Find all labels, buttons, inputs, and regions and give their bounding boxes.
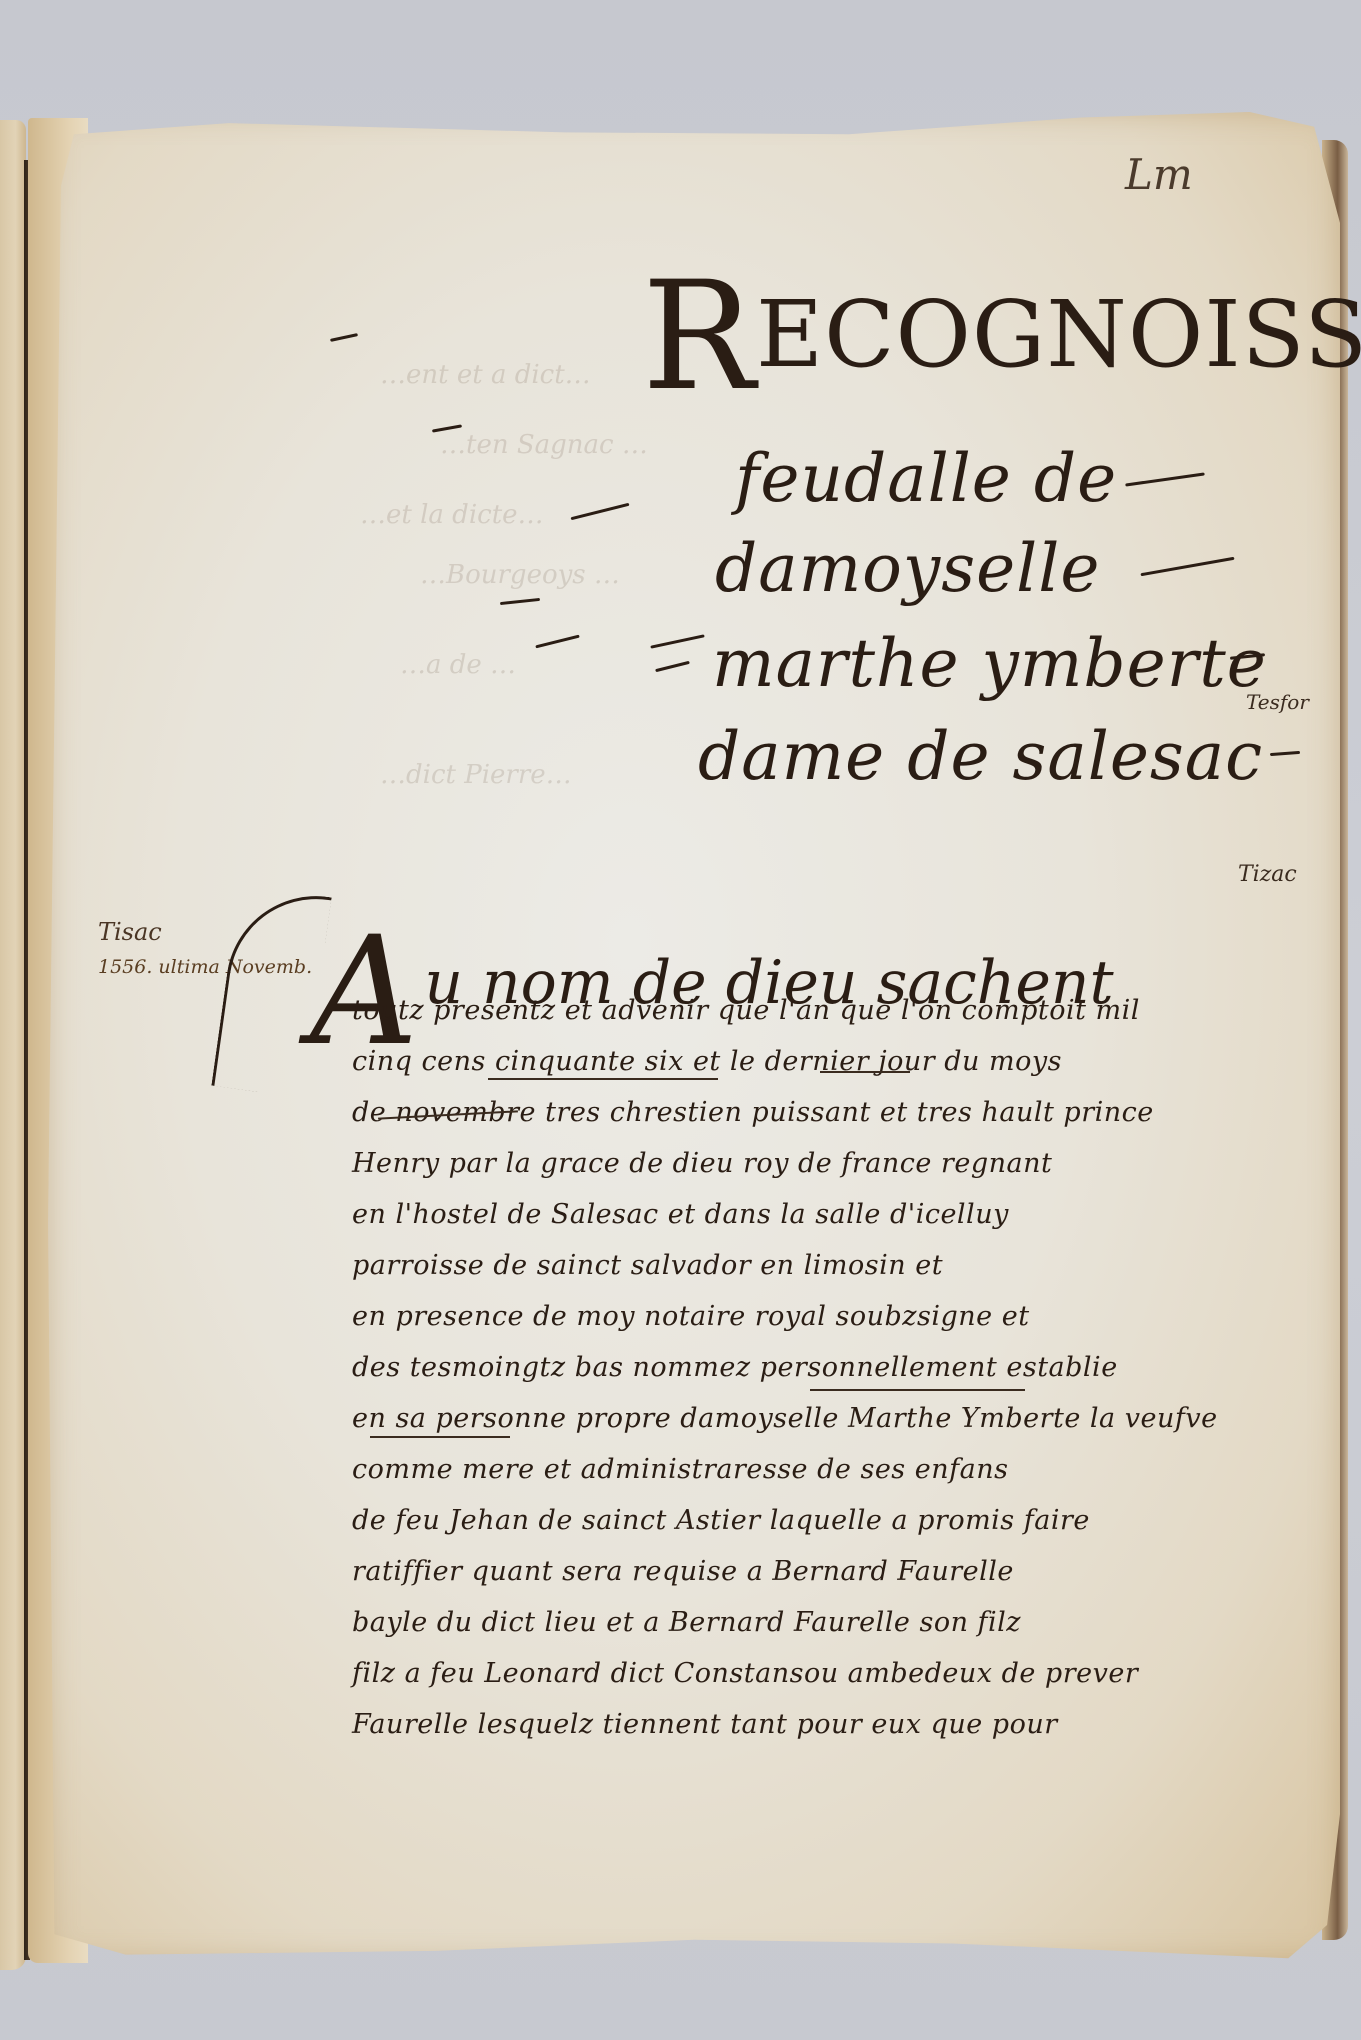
title-line-3: damoyselle <box>715 530 1100 607</box>
body-line: cinq cens cinquante six et le dernier jo… <box>352 1046 1062 1077</box>
body-line: bayle du dict lieu et a Bernard Faurelle… <box>352 1607 1021 1638</box>
body-line: comme mere et administraresse de ses enf… <box>352 1454 1008 1485</box>
body-line: toutz presentz et advenir que l'an que l… <box>352 995 1140 1026</box>
text-underline <box>820 1071 910 1073</box>
bleed-through-text: …et la dicte… <box>360 500 544 530</box>
body-line: parroisse de sainct salvador en limosin … <box>352 1250 943 1281</box>
margin-note-place: Tisac <box>98 918 162 946</box>
margin-note-right: Tizac <box>1238 862 1297 887</box>
bleed-through-text: …dict Pierre… <box>380 760 572 790</box>
body-line: filz a feu Leonard dict Constansou ambed… <box>352 1658 1138 1689</box>
previous-leaf-edge <box>0 120 26 1970</box>
body-line: de feu Jehan de sainct Astier laquelle a… <box>352 1505 1090 1536</box>
text-underline <box>810 1389 1025 1391</box>
body-line: Faurelle lesquelz tiennent tant pour eux… <box>352 1709 1058 1740</box>
bleed-through-text: …ten Sagnac … <box>440 430 648 460</box>
text-underline <box>370 1436 510 1438</box>
body-line: en l'hostel de Salesac et dans la salle … <box>352 1199 1009 1230</box>
margin-note-right: Tesfor <box>1246 690 1309 714</box>
bleed-through-text: …ent et a dict… <box>380 360 591 390</box>
body-line: Henry par la grace de dieu roy de france… <box>352 1148 1052 1179</box>
title-rest: ECOGNOISSANCE <box>756 281 1361 388</box>
body-line: ratiffier quant sera requise a Bernard F… <box>352 1556 1014 1587</box>
title-line-1: RECOGNOISSANCE <box>642 250 1361 424</box>
title-line-4: marthe ymberte <box>712 625 1267 702</box>
bleed-through-text: …Bourgeoys … <box>420 560 620 590</box>
title-initial: R <box>642 250 756 424</box>
title-line-2: feudalle de <box>735 440 1117 517</box>
body-line: en sa personne propre damoyselle Marthe … <box>352 1403 1218 1434</box>
body-line: en presence de moy notaire royal soubzsi… <box>352 1301 1030 1332</box>
title-line-5: dame de salesac <box>698 718 1263 795</box>
body-line: des tesmoingtz bas nommez personnellemen… <box>352 1352 1118 1383</box>
text-underline <box>488 1078 718 1080</box>
bleed-through-text: …a de … <box>400 650 516 680</box>
folio-number: Lm <box>1125 150 1193 199</box>
